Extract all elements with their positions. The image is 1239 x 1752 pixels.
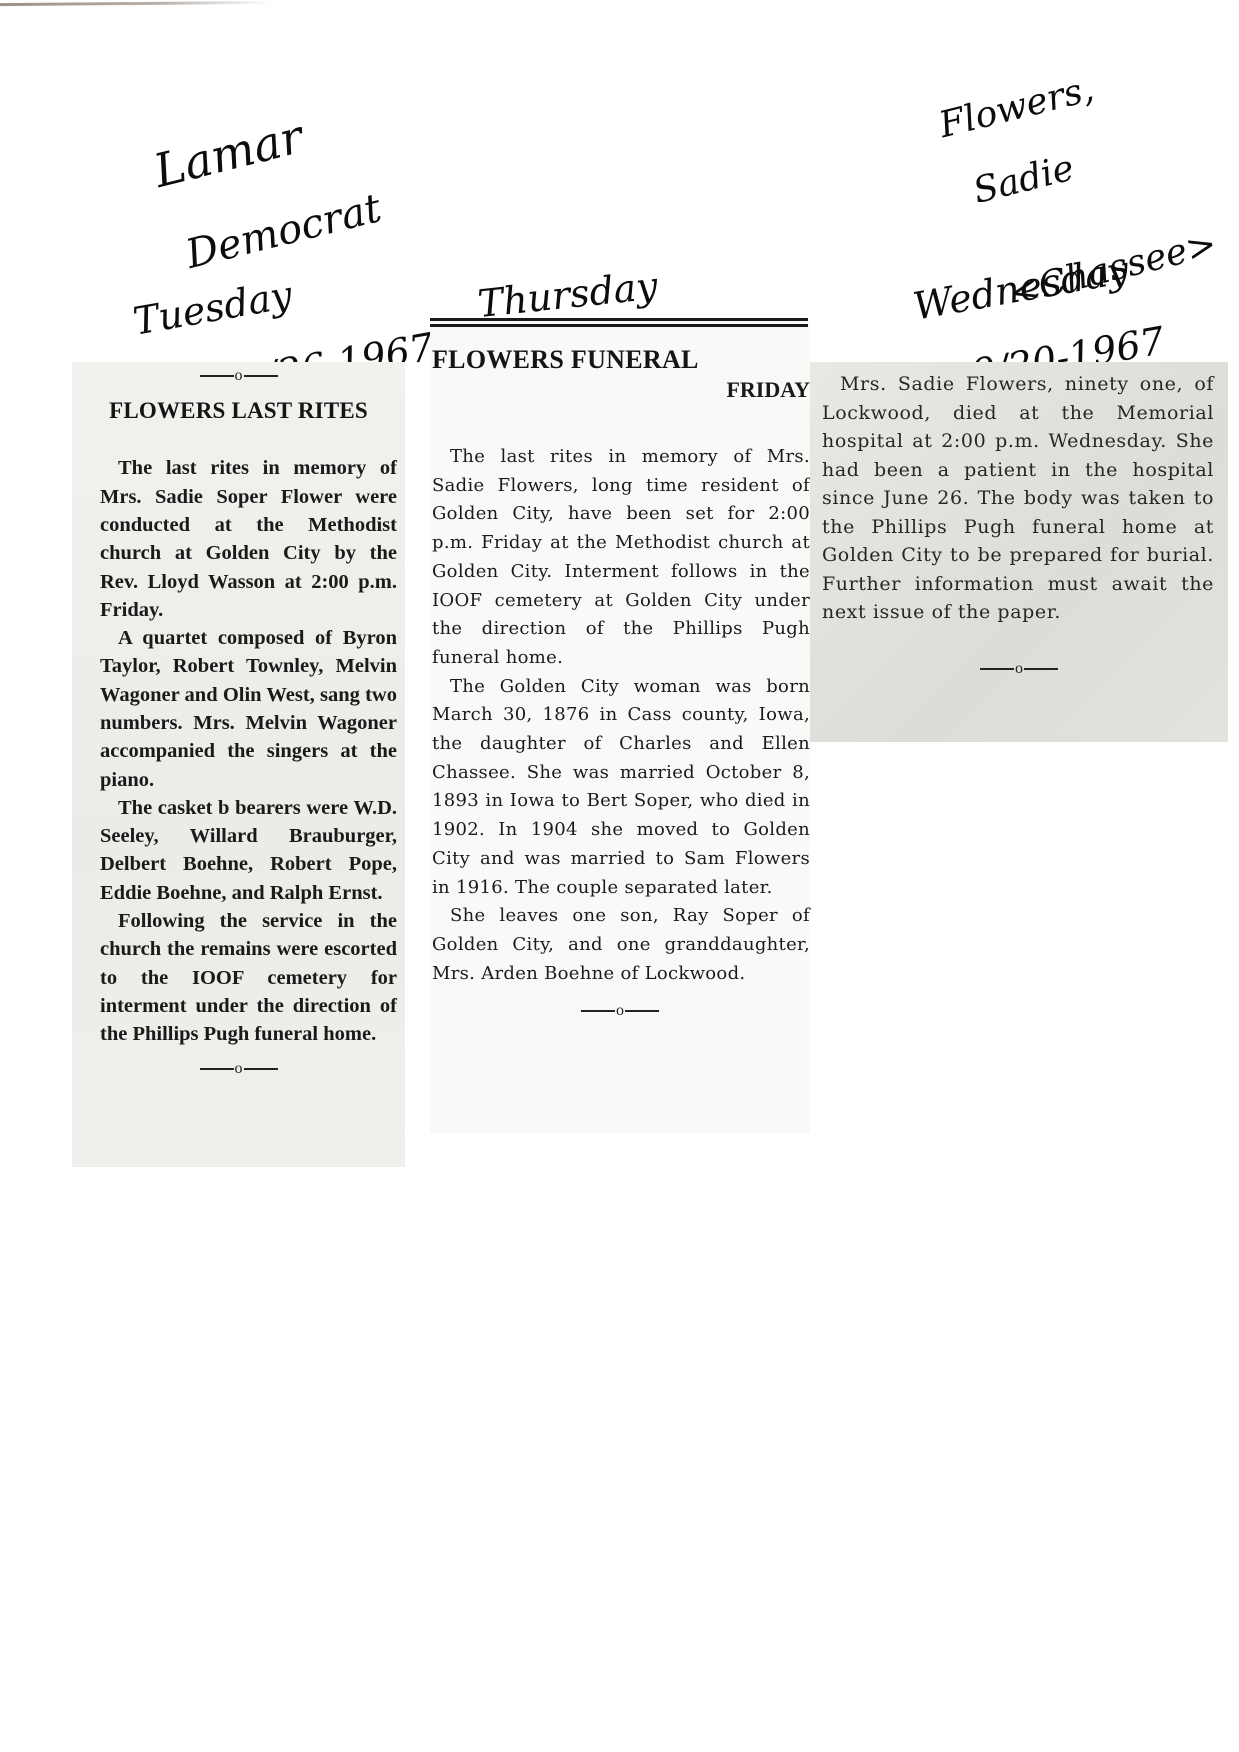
double-rule [430,318,808,327]
date-right-day: Wednesday [910,247,1132,328]
date-left-day: Tuesday [130,272,295,343]
paragraph: A quartet composed of Byron Taylor, Robe… [100,624,397,794]
subheadline: FRIDAY [430,377,810,403]
paragraph: The casket b bearers were W.D. Seeley, W… [100,794,397,907]
paragraph: The last rites in memory of Mrs. Sadie S… [100,454,397,624]
clipping-last-rites: o FLOWERS LAST RITES The last rites in m… [72,362,405,1167]
clipping-funeral-friday: FLOWERS FUNERAL FRIDAY The last rites in… [430,318,810,1133]
paragraph: The last rites in memory of Mrs. Sadie F… [432,443,810,673]
scan-edge [0,1,270,6]
separator: o [72,368,405,384]
article-body: Mrs. Sadie Flowers, ninety one, of Lockw… [822,370,1214,627]
paragraph: She leaves one son, Ray Soper of Golden … [432,902,810,988]
separator: o [430,1002,810,1018]
paragraph: The Golden City woman was born March 30,… [432,673,810,903]
article-body: The last rites in memory of Mrs. Sadie S… [100,454,397,1048]
subject-line-2: Sadie [970,121,1194,210]
separator: o [72,1061,405,1077]
paragraph: Following the service in the church the … [100,907,397,1048]
headline: FLOWERS LAST RITES [72,398,405,424]
separator: o [810,661,1228,677]
article-body: The last rites in memory of Mrs. Sadie F… [432,443,810,988]
headline: FLOWERS FUNERAL [432,345,810,375]
source-line-1: Lamar [149,109,309,198]
subject-line-1: Flowers, [935,68,1098,146]
paragraph: Mrs. Sadie Flowers, ninety one, of Lockw… [822,370,1214,627]
clipping-death-notice: Mrs. Sadie Flowers, ninety one, of Lockw… [810,362,1228,742]
date-middle-day: Thursday [476,263,660,326]
